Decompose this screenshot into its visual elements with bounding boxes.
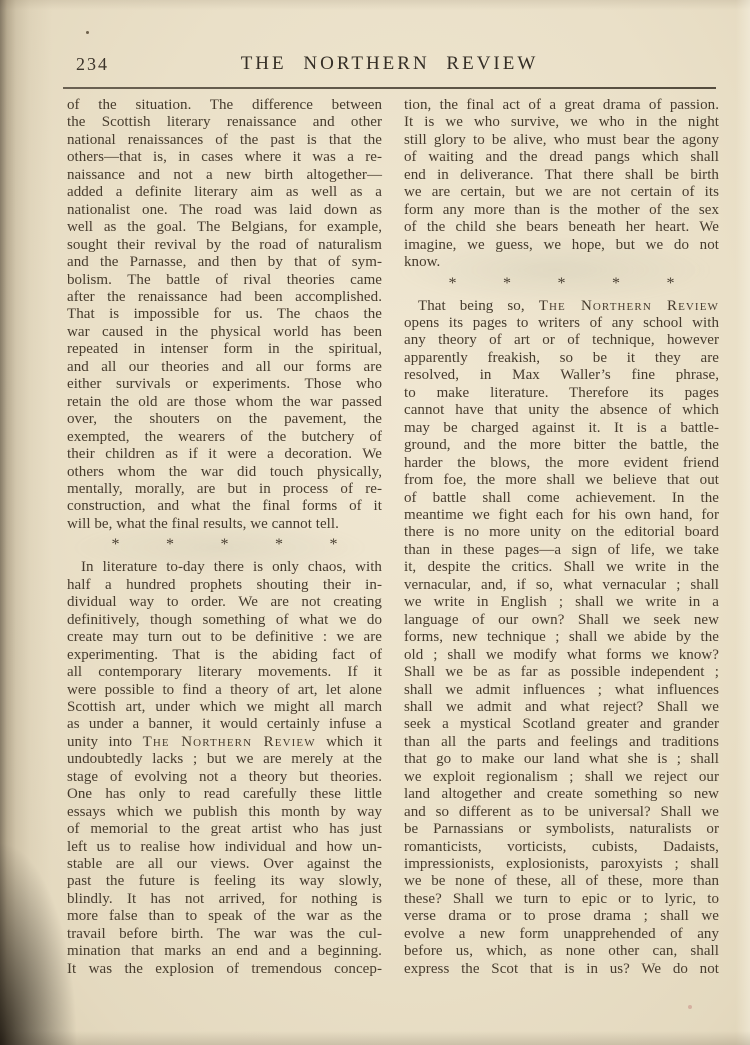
text-line: old ; shall we modify what forms we know…	[404, 647, 719, 664]
text-line: we exploit regionalism ; shall we reject…	[404, 769, 719, 786]
text-line: form any more than is the mother of the …	[404, 202, 719, 219]
text-line: stable are all our views. Over against t…	[67, 856, 382, 873]
text-line: definitively, though something of what w…	[67, 612, 382, 629]
section-separator: *****	[112, 538, 338, 553]
text-line: imagine, we guess, we hope, but we do no…	[404, 237, 719, 254]
text-line: repeated in intenser form in the spiritu…	[67, 341, 382, 358]
text-line: any theory of art or of technique, howev…	[404, 332, 719, 349]
asterisk-icon: *	[612, 277, 620, 292]
text-line: were possible to find a theory of art, l…	[67, 682, 382, 699]
text-line: blindly. It has not arrived, for nothing…	[67, 891, 382, 908]
text-line: naissance and not a new birth altogether…	[67, 167, 382, 184]
text-line: may be charged against it. It is a battl…	[404, 420, 719, 437]
paragraph: of the situation. The difference between…	[67, 97, 382, 533]
text-line: exempted, the wearers of the butchery of	[67, 429, 382, 446]
text-line: ground, and the more bitter the battle, …	[404, 437, 719, 454]
paragraph: That being so, The Northern Reviewopens …	[404, 298, 719, 979]
text-line: of memorial to the great artist who has …	[67, 821, 382, 838]
text-line: national renaissances of the past is tha…	[67, 132, 382, 149]
text-line: seek a mystical Scotland greater and gra…	[404, 716, 719, 733]
text-line: that go to make our land what she is ; s…	[404, 751, 719, 768]
text-line: shall we admit influences ; what influen…	[404, 682, 719, 699]
text-line: will be, what the final results, we cann…	[67, 516, 382, 533]
text-line: there is no more unity on the editorial …	[404, 524, 719, 541]
text-line: land altogether and create something so …	[404, 786, 719, 803]
text-line: stage of evolving not a theory but theor…	[67, 769, 382, 786]
text-line: vernacular, and, if so, what vernacular …	[404, 577, 719, 594]
text-line: of battle shall come achievement. In the	[404, 490, 719, 507]
text-line: of the situation. The difference between	[67, 97, 382, 114]
text-line: tion, the final act of a great drama of …	[404, 97, 719, 114]
asterisk-icon: *	[667, 277, 675, 292]
text-line: end in deliverance. That there shall be …	[404, 167, 719, 184]
binding-gutter-shadow	[0, 0, 52, 1045]
text-line: to make literature. Therefore its pages	[404, 385, 719, 402]
text-line: and so different as to be universal? Sha…	[404, 804, 719, 821]
text-line: we write in English ; shall we write in …	[404, 594, 719, 611]
scanned-page: 234 THE NORTHERN REVIEW of the situation…	[0, 0, 750, 1045]
text-line: bolism. The battle of rival theories cam…	[67, 272, 382, 289]
text-line: That being so, The Northern Review	[404, 298, 719, 315]
text-line: In literature to-day there is only chaos…	[67, 559, 382, 576]
text-line: either survivals or experiments. Those w…	[67, 376, 382, 393]
text-line: Shall we be as far as possible independe…	[404, 664, 719, 681]
asterisk-icon: *	[221, 538, 229, 553]
text-line: mination that marks an end and a beginni…	[67, 943, 382, 960]
text-line: as under a banner, it would certainly in…	[67, 716, 382, 733]
text-line: nationalist one. The road was laid down …	[67, 202, 382, 219]
text-line: experimenting. That is the abiding fact …	[67, 647, 382, 664]
page-title: THE NORTHERN REVIEW	[63, 53, 716, 75]
text-line: and all our theories and all our forms a…	[67, 359, 382, 376]
text-line: evolve a new form unapprehended of any	[404, 926, 719, 943]
text-line: harder the blows, the more evident frien…	[404, 455, 719, 472]
paragraph: tion, the final act of a great drama of …	[404, 97, 719, 272]
page-edge-light-right	[736, 0, 750, 1045]
text-line: well as the goal. The Belgians, for exam…	[67, 219, 382, 236]
text-line: half a hundred prophets shouting their i…	[67, 577, 382, 594]
text-line: apparently freakish, so be it they are	[404, 350, 719, 367]
text-line: before us, which, as none other can, sha…	[404, 943, 719, 960]
text-line: than all the parts and feelings and trad…	[404, 734, 719, 751]
page-edge-shadow-top	[0, 0, 750, 10]
text-line: than in these pages—a sign of life, we t…	[404, 542, 719, 559]
text-line: verse drama or to prose drama ; shall we	[404, 908, 719, 925]
text-line: language of our own? Shall we seek new	[404, 612, 719, 629]
text-line: unity into The Northern Review which it	[67, 734, 382, 751]
text-line: It was the explosion of tremendous conce…	[67, 961, 382, 978]
text-line: opens its pages to writers of any school…	[404, 315, 719, 332]
text-line: That is impossible for us. The chaos the	[67, 306, 382, 323]
text-line: others whom the war did touch physically…	[67, 464, 382, 481]
text-line: undoubtedly lacks ; but we are merely at…	[67, 751, 382, 768]
text-line: impressionists, explosionists, paroxyist…	[404, 856, 719, 873]
asterisk-icon: *	[449, 277, 457, 292]
text-line: forms, new technique ; shall we abide by…	[404, 629, 719, 646]
text-line: romanticists, vorticists, cubists, Dadai…	[404, 839, 719, 856]
text-line: still glory to be alive, who must bear t…	[404, 132, 719, 149]
text-line: travail before birth. The war was the cu…	[67, 926, 382, 943]
left-column: of the situation. The difference between…	[67, 97, 382, 978]
text-line: past the future is feeling its way slowl…	[67, 873, 382, 890]
asterisk-icon: *	[112, 538, 120, 553]
text-line: express the Scot that is in us? We do no…	[404, 961, 719, 978]
text-line: construction, and what the final forms o…	[67, 498, 382, 515]
text-line: these? Shall we turn to epic or to lyric…	[404, 891, 719, 908]
text-line: resolved, in Max Waller’s fine phrase,	[404, 367, 719, 384]
text-line: create may turn out to be definitive : w…	[67, 629, 382, 646]
text-line: mentally, morally, are but in process of…	[67, 481, 382, 498]
text-line: from foe, the more shall we believe that…	[404, 472, 719, 489]
text-line: war caused in the physical world has bee…	[67, 324, 382, 341]
text-line: know.	[404, 254, 719, 271]
text-line: we be none of these, all of these, more …	[404, 873, 719, 890]
page-edge-shadow-bottom	[0, 1031, 750, 1045]
text-line: more false than to speak of the war as t…	[67, 908, 382, 925]
paragraph: In literature to-day there is only chaos…	[67, 559, 382, 978]
text-line: after the renaissance had been accomplis…	[67, 289, 382, 306]
text-line: be Parnassians or symbolists, naturalist…	[404, 821, 719, 838]
asterisk-icon: *	[166, 538, 174, 553]
text-line: sought their revival by the road of natu…	[67, 237, 382, 254]
text-line: essays which we publish this month by wa…	[67, 804, 382, 821]
text-line: retain the old are those whom the war pa…	[67, 394, 382, 411]
header-rule	[63, 87, 716, 89]
text-line: Scottish art, under which we might all m…	[67, 699, 382, 716]
text-line: One has only to read carefully these lit…	[67, 786, 382, 803]
text-line: their children as if it were a decoratio…	[67, 446, 382, 463]
text-line: It is we who survive, we who in the nigh…	[404, 114, 719, 131]
paper-speck	[688, 1005, 692, 1009]
text-line: all contemporary literary movements. If …	[67, 664, 382, 681]
paper-speck	[86, 31, 89, 34]
text-line: dividual way to order. We are not creati…	[67, 594, 382, 611]
text-line: others—that is, in cases where it was a …	[67, 149, 382, 166]
text-line: it, despite the critics. Shall we write …	[404, 559, 719, 576]
right-column: tion, the final act of a great drama of …	[404, 97, 719, 978]
text-line: over, the shouters on the pavement, the	[67, 411, 382, 428]
section-separator: *****	[449, 277, 675, 292]
text-line: of the child she bears beneath her heart…	[404, 219, 719, 236]
text-line: added a definite literary aim as well as…	[67, 184, 382, 201]
asterisk-icon: *	[558, 277, 566, 292]
journal-title-smallcaps: The Northern Review	[539, 298, 719, 314]
text-line: shall we admit and what reject? Shall we	[404, 699, 719, 716]
text-line: of waiting and the dread pangs which sha…	[404, 149, 719, 166]
text-line: the Scottish literary renaissance and ot…	[67, 114, 382, 131]
text-line: and the Parnasse, and then by that of sy…	[67, 254, 382, 271]
journal-title-smallcaps: The Northern Review	[143, 734, 316, 750]
text-line: meantime we fight each for his own hand,…	[404, 507, 719, 524]
asterisk-icon: *	[330, 538, 338, 553]
text-line: cannot have that unity the absence of wh…	[404, 402, 719, 419]
text-line: left us to realise how individual and ho…	[67, 839, 382, 856]
asterisk-icon: *	[275, 538, 283, 553]
text-line: we are certain, but we are not certain o…	[404, 184, 719, 201]
asterisk-icon: *	[503, 277, 511, 292]
